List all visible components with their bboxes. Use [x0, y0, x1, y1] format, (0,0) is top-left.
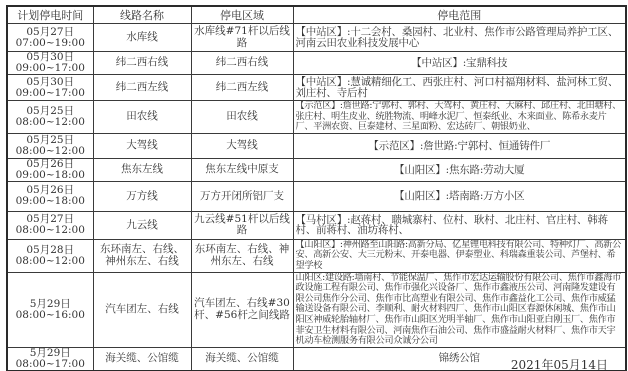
scope-cell: 【中站区】:宝鼎科技: [293, 52, 626, 75]
time-range-text: 07:00~19:00: [10, 38, 91, 49]
date-text: 5月29日: [10, 299, 91, 310]
table-row: 05月25日08:00~12:00 田农线 田农线 【示范区】:詹世路:宁郭村、…: [7, 101, 626, 134]
area-cell: 纬二西左线: [191, 75, 293, 101]
time-range-text: 08:00~12:00: [10, 256, 91, 267]
time-range-text: 09:00~17:00: [10, 63, 91, 74]
scope-cell: 【中站区】:十二会村、桑园村、北业村、焦作市公路管理局养护工区、河南云田农业科技…: [293, 24, 626, 52]
time-range-text: 08:00~12:00: [10, 146, 91, 157]
table-header-row: 计划停电时间 线路名称 停电区域 停电范围: [7, 6, 626, 24]
area-cell: 大驾线: [191, 133, 293, 158]
line-cell: 汽车团左、右线: [93, 272, 191, 347]
line-cell: 海关缆、公馆缆: [93, 347, 191, 371]
line-cell: 东环南左、右线、神州东左、右线: [93, 239, 191, 272]
table-row: 05月27日07:00~19:00 水库线 水库线#71杆以后线路 【中站区】:…: [7, 24, 626, 52]
area-cell: 焦东左线中原支: [191, 158, 293, 181]
time-cell: 05月25日08:00~12:00: [7, 133, 93, 158]
time-cell: 5月29日08:00~17:00: [7, 347, 93, 371]
table-row: 05月30日09:00~17:00 纬二西右线 纬二西右线 【中站区】:宝鼎科技: [7, 52, 626, 75]
line-cell: 水库线: [93, 24, 191, 52]
line-cell: 田农线: [93, 101, 191, 134]
time-cell: 05月26日09:00~18:00: [7, 181, 93, 211]
line-cell: 九云线: [93, 211, 191, 239]
scope-cell: 【示范区】:詹世路:宁郭村、恒通铸件厂: [293, 133, 626, 158]
date-text: 05月30日: [10, 77, 91, 88]
scope-cell: 【山阳区】:神州路至山阳路:高新分局、亿星锂电科技有限公司、特种灯厂、高新公安、…: [293, 239, 626, 272]
table-row: 05月30日09:00~17:00 纬二西左线 纬二西左线 【中站区】:慧诚精细…: [7, 75, 626, 101]
time-range-text: 08:00~16:00: [10, 310, 91, 321]
table-row: 05月25日08:00~12:00 大驾线 大驾线 【示范区】:詹世路:宁郭村、…: [7, 133, 626, 158]
area-cell: 海关缆、公馆缆: [191, 347, 293, 371]
time-range-text: 09:00~18:00: [10, 170, 91, 181]
area-cell: 万方开闭所铝厂支: [191, 181, 293, 211]
time-range-text: 09:00~18:00: [10, 196, 91, 207]
header-time: 计划停电时间: [7, 6, 93, 24]
header-area: 停电区域: [191, 6, 293, 24]
area-cell: 东环南左、右线、神州东左、右线: [191, 239, 293, 272]
area-cell: 水库线#71杆以后线路: [191, 24, 293, 52]
table-row: 5月29日08:00~16:00 汽车团左、右线 汽车团左、右线#30杆、#56…: [7, 272, 626, 347]
area-cell: 九云线#51杆以后线路: [191, 211, 293, 239]
line-cell: 纬二西左线: [93, 75, 191, 101]
line-cell: 焦东左线: [93, 158, 191, 181]
time-range-text: 09:00~17:00: [10, 88, 91, 99]
line-cell: 纬二西右线: [93, 52, 191, 75]
scope-cell: 【示范区】:詹世路:宁郭村、郭村、大驾村、黄庄村、大麻村、邱庄村、北田塘村、张庄…: [293, 101, 626, 134]
table-row: 05月27日08:00~12:00 九云线 九云线#51杆以后线路 【马村区】:…: [7, 211, 626, 239]
area-cell: 田农线: [191, 101, 293, 134]
time-cell: 05月27日07:00~19:00: [7, 24, 93, 52]
time-cell: 05月27日08:00~12:00: [7, 211, 93, 239]
time-cell: 05月30日09:00~17:00: [7, 52, 93, 75]
line-cell: 万方线: [93, 181, 191, 211]
time-cell: 05月25日08:00~12:00: [7, 101, 93, 134]
scope-cell: 山阳区:建设路:墙南村、节能保温厂、焦作市宏达运输股份有限公司、焦作市鑫海市政设…: [293, 272, 626, 347]
scope-cell: 【马村区】:赵蒋村、聩城寨村、位村、耿村、北庄村、官庄村、韩蒋村、前蒋村、油坊蒋…: [293, 211, 626, 239]
time-range-text: 08:00~12:00: [10, 117, 91, 128]
time-range-text: 08:00~12:00: [10, 225, 91, 236]
header-line: 线路名称: [93, 6, 191, 24]
area-cell: 汽车团左、右线#30杆、#56杆之间线路: [191, 272, 293, 347]
date-text: 05月27日: [10, 27, 91, 38]
scope-cell: 【山阳区】:塔南路:万方小区: [293, 181, 626, 211]
table-row: 05月28日08:00~12:00 东环南左、右线、神州东左、右线 东环南左、右…: [7, 239, 626, 272]
header-scope: 停电范围: [293, 6, 626, 24]
time-cell: 05月30日09:00~17:00: [7, 75, 93, 101]
time-cell: 05月26日09:00~18:00: [7, 158, 93, 181]
scope-cell: 【中站区】:慧诚精细化工、西张庄村、河口村福翔材料、盐河林工贸、刘庄村、寺后村: [293, 75, 626, 101]
power-outage-table: 计划停电时间 线路名称 停电区域 停电范围 05月27日07:00~19:00 …: [6, 5, 627, 371]
area-cell: 纬二西右线: [191, 52, 293, 75]
table-row: 05月26日09:00~18:00 万方线 万方开闭所铝厂支 【山阳区】:塔南路…: [7, 181, 626, 211]
time-cell: 5月29日08:00~16:00: [7, 272, 93, 347]
scope-cell: 【山阳区】:焦东路:劳动大厦: [293, 158, 626, 181]
issue-date: 2021年05月14日: [511, 356, 608, 371]
time-range-text: 08:00~17:00: [10, 359, 91, 370]
table-row: 05月26日09:00~18:00 焦东左线 焦东左线中原支 【山阳区】:焦东路…: [7, 158, 626, 181]
line-cell: 大驾线: [93, 133, 191, 158]
time-cell: 05月28日08:00~12:00: [7, 239, 93, 272]
